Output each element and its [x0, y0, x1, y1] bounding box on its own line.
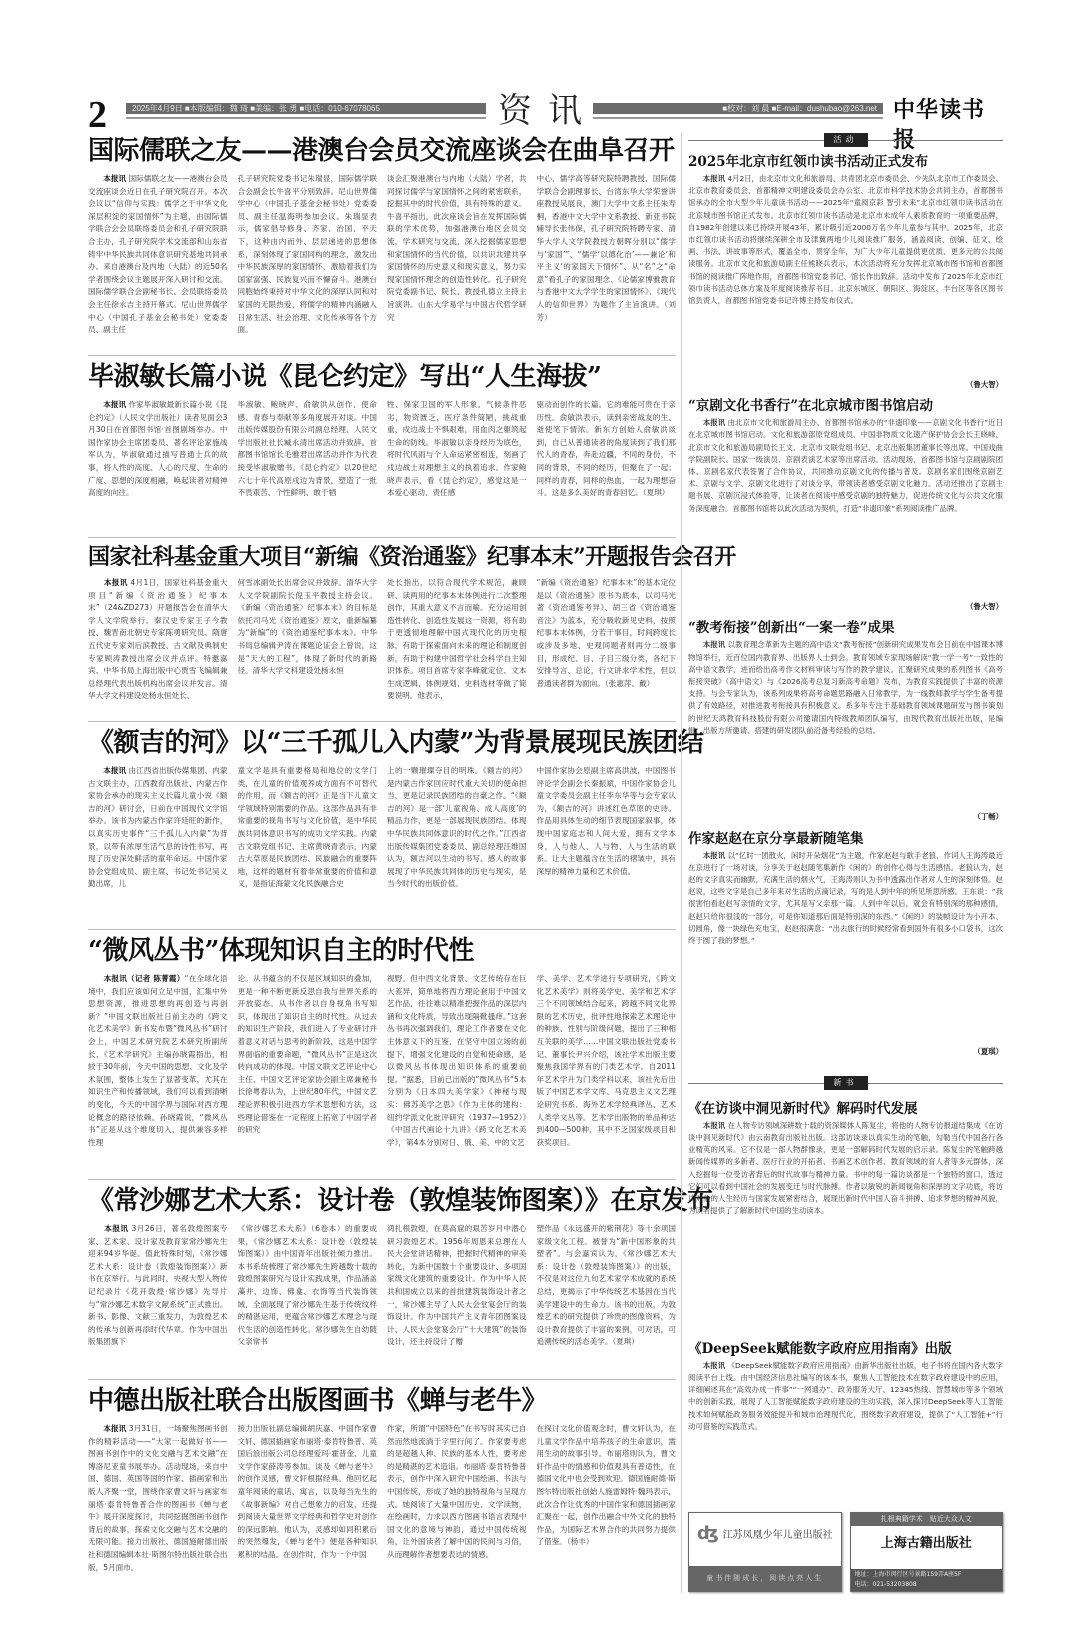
article-column: 视野。但中西文化背景、文艺传统存在巨大差异，简单地将西方理论套用于中国文艺作品，… — [387, 973, 527, 1175]
ad-phone: 电话：021-53203808 — [855, 1580, 999, 1590]
publisher-name: 上海古籍出版社 — [851, 1526, 1003, 1556]
sidebar-article: 作家赵赵在京分享最新随笔集 本报讯 以“忆时一团散火，闲时开朵烟花”为主题，作家… — [688, 830, 1003, 1058]
headline: 《额吉的河》以“三千孤儿入内蒙”为背景展现民族团结 — [88, 725, 676, 761]
byline: （夏琪） — [688, 1046, 1003, 1058]
section-title-char-2: 讯 — [548, 91, 582, 131]
dateline: 本报讯 — [104, 1224, 128, 1233]
sidebar-article: 2025年北京市红领巾读书活动正式发布 本报讯 4月2日，由北京市文化和旅游局、… — [688, 153, 1003, 391]
article-body: 本报讯 以“忆时一团散火，闲时开朵烟花”为主题，作家赵赵与歌手老狼、作词人王海涛… — [688, 850, 1003, 1046]
article-zizhi-tongjian: 国家社科基金重大项目“新编《资治通鉴》纪事本末”开题报告会召开 本报讯 4月1日… — [88, 541, 676, 719]
article-column: 童文学是具有重要格局和地位的文学门类，在儿童的价值观养成方面有不可替代的作用，而… — [238, 765, 378, 925]
dateline: 本报讯 — [103, 400, 126, 409]
sidebar-article: 《在访谈中洞见新时代》解码时代发展 本报讯 在人物专访领域深耕数十载的资深媒体人… — [688, 1100, 1003, 1328]
proofread-email-bar: ■校对：刘 晨 ■E-mail：dushubao@263.net — [593, 103, 883, 114]
article-column: “新编《资治通鉴》纪事本末”的基本定位是以《资治通鉴》原书为底本，以司马光著《资… — [537, 577, 677, 719]
column-divider — [681, 133, 682, 1593]
article-body: 本报讯 以教育理念革新为主题的高中语文“教考衔接”创新研究成果发布会日前在中国课… — [688, 639, 1003, 811]
publisher-mark-icon: ʤ — [697, 1523, 719, 1544]
sidebar-article: “教考衔接”创新出“一案一卷”成果 本报讯 以教育理念革新为主题的高中语文“教考… — [688, 619, 1003, 823]
sidebar: 活动 2025年北京市红领巾读书活动正式发布 本报讯 4月2日，由北京市文化和旅… — [688, 133, 1003, 1625]
article-column: 处长指出，以符合现代学术规范，兼顾研、读两用的纪事本末体例进行二次整理创作，其重… — [387, 577, 527, 719]
headline: 《常沙娜艺术大系：设计卷（敦煌装饰图案）》在京发布 — [88, 1183, 676, 1219]
headline: 《在访谈中洞见新时代》解码时代发展 — [688, 1100, 1003, 1118]
headline: 《DeepSeek赋能数字政府应用指南》出版 — [688, 1340, 1003, 1358]
article-column: 作家，所谓“中国特色”在书写时其实已自然而然地流淌于字里行间了。作家要考虑的是超… — [387, 1423, 527, 1623]
article-column: 接力出版社副总编辑胡庆嘉、中国作家曹文轩、德国插画家布丽塔·泰肯特鲁普、英国后浪… — [238, 1423, 378, 1623]
article-body: 本报讯 由北京市文化和旅游局主办、首都图书馆承办的“非遗印象——京剧文化书香行”… — [688, 417, 1003, 601]
article-column: 本报讯 由江西省出版传媒集团、内蒙古文联主办，江西教育出版社、内蒙古作家协会承办… — [88, 765, 228, 925]
headline: 国际儒联之友——港澳台会员交流座谈会在曲阜召开 — [88, 133, 676, 169]
article-column: 本报讯 3月31日，一场聚焦图画书创作的精彩活动——“大家一起做好书——图画书创… — [88, 1423, 228, 1623]
publisher-logo: ʤ 江苏凤凰少年儿童出版社 — [689, 1513, 841, 1553]
section-tag-events: 活动 — [688, 133, 1003, 147]
article-column: 谈会汇聚港澳台与内地（大陆）学者，共同探讨儒学与家国情怀之间的紧密联系，挖掘其中… — [387, 173, 527, 357]
divider — [88, 721, 676, 722]
masthead: 2 2025年4月9日 ■本版编辑：魏 琦 ■美编：张 勇 ■电话：010-67… — [88, 95, 1003, 135]
byline: （鲁大智） — [688, 601, 1003, 613]
section-tag-new-books: 新书 — [688, 1076, 1003, 1090]
article-column: 《常沙娜艺术大系》（6卷本）的重要成果，《常沙娜艺术大系：设计卷（敦煌装饰图案）… — [238, 1223, 378, 1375]
article-column: 本报讯 3月26日，著名敦煌图案专家、艺术家、设计家及教育家常沙娜先生迎来94岁… — [88, 1223, 228, 1375]
divider — [88, 929, 676, 930]
divider — [88, 537, 676, 538]
byline: （丁畅） — [688, 811, 1003, 823]
headline: “京剧文化书香行”在北京城市图书馆启动 — [688, 397, 1003, 415]
newspaper-page: 2 2025年4月9日 ■本版编辑：魏 琦 ■美编：张 勇 ■电话：010-67… — [88, 95, 1003, 1625]
headline: 2025年北京市红领巾读书活动正式发布 — [688, 153, 1003, 171]
ad-shanghai-classics[interactable]: 扎根典籍学术 贴近大众人文 上海古籍出版社 地址：上海市闵行区号景路159弄A座… — [850, 1512, 1004, 1592]
article-body: 本报讯 4月2日，由北京市文化和旅游局、共青团北京市委员会、少先队北京市工作委员… — [688, 173, 1003, 379]
publisher-name: 江苏凤凰少年儿童出版社 — [723, 1526, 833, 1541]
divider — [88, 355, 676, 356]
divider — [593, 117, 883, 119]
edition-info-bar: 2025年4月9日 ■本版编辑：魏 琦 ■美编：张 勇 ■电话：010-6707… — [126, 103, 486, 114]
article-eji-river: 《额吉的河》以“三千孤儿入内蒙”为背景展现民族团结 本报讯 由江西省出版传媒集团… — [88, 725, 676, 925]
article-weifeng-series: “微风丛书”体现知识自主的时代性 本报讯（记者 陈菁霞）“在全球化语境中，我们应… — [88, 933, 676, 1175]
article-column: 毕淑敏、鲍晓声、俞敏洪从创作、使命感、青春与奉献等多角度展开对谈。中国出版传媒股… — [238, 399, 378, 539]
article-column: 本报讯 作家毕淑敏最新长篇小说《昆仑约定》（人民文学出版社）读者见面会3月30日… — [88, 399, 228, 539]
article-column: 在探讨文化价值观念时，曹文轩认为，在儿童文学作品中培养孩子的生命意识，需用生动的… — [537, 1423, 677, 1623]
article-column: 上的一颗璀璨夺目的明珠。《额吉的河》是内蒙古作家回应时代重大关切的使命担当，更是… — [387, 765, 527, 925]
article-column: 中心、儒学高等研究院特聘教授、国际儒学联合会副理事长、台湾东华大学荣誉讲座教授吴… — [537, 173, 677, 357]
section-tag-label: 活动 — [824, 133, 868, 147]
dateline: 本报讯 — [703, 1361, 725, 1370]
article-column: 本报讯 国际儒联之友——港澳台会员交流座谈会近日在孔子研究院召开。本次会议以“信… — [88, 173, 228, 357]
section-title-char-1: 资 — [498, 91, 532, 131]
article-column: 论。从书蕴含的不仅是区域知识的叠加，更是一种不断更新反思自我与世界关系的开放姿态… — [238, 973, 378, 1175]
article-confucian-forum: 国际儒联之友——港澳台会员交流座谈会在曲阜召开 本报讯 国际儒联之友——港澳台会… — [88, 133, 676, 357]
ad-slogan: 童书伴随成长，阅读点亮人生 — [689, 1566, 841, 1591]
page-number: 2 — [88, 97, 107, 133]
ad-jiangsu-phoenix-children[interactable]: ʤ 江苏凤凰少年儿童出版社 童书伴随成长，阅读点亮人生 — [688, 1512, 842, 1592]
advertisements: ʤ 江苏凤凰少年儿童出版社 童书伴随成长，阅读点亮人生 扎根典籍学术 贴近大众人… — [688, 1512, 1003, 1592]
dateline: 本报讯（记者 陈菁霞） — [104, 974, 185, 983]
article-column: 牲、保家卫国的军人形象。气候条件恶劣，物资匮乏，医疗条件简陋，挑战重重，戍边战士… — [387, 399, 527, 539]
dateline: 本报讯 — [103, 766, 126, 775]
dateline: 本报讯 — [703, 418, 725, 427]
ad-contact: 地址：上海市闵行区号景路159弄A座5F 电话：021-53203808 — [851, 1569, 1003, 1591]
sidebar-article: “京剧文化书香行”在北京城市图书馆启动 本报讯 由北京市文化和旅游局主办、首都图… — [688, 397, 1003, 613]
headline: 中德出版社联合出版图画书《蝉与老牛》 — [88, 1383, 676, 1419]
article-column: 中国作家协会原副主席高洪波，中国图书评论学会副会长秦振斌，中国作家协会儿童文学委… — [537, 765, 677, 925]
dateline: 本报讯 — [104, 578, 128, 587]
dateline: 本报讯 — [703, 640, 725, 649]
article-column: 本报讯（记者 陈菁霞）“在全球化语境中，我们应该如何立足中国，汇集中外思想资源，… — [88, 973, 228, 1175]
article-kunlun-novel: 毕淑敏长篇小说《昆仑约定》写出“人生海拔” 本报讯 作家毕淑敏最新长篇小说《昆仑… — [88, 359, 676, 539]
article-column: 孔子研究院党委书记朱瑞显，国际儒学联合会副会长牛喜平分别致辞。尼山世界儒学中心（… — [238, 173, 378, 357]
article-body: 本报讯 《DeepSeek赋能数字政府应用指南》由新华出版社出版，电子书将在国内… — [688, 1360, 1003, 1446]
article-column: 鸿扎根敦煌，在莫高窟的艰苦岁月中潜心研习敦煌艺术。1956年周恩来总理在人民大会… — [387, 1223, 527, 1375]
headline: 作家赵赵在京分享最新随笔集 — [688, 830, 1003, 848]
ad-address: 地址：上海市闵行区号景路159弄A座5F — [855, 1570, 999, 1580]
dateline: 本报讯 — [103, 1424, 126, 1433]
headline: 国家社科基金重大项目“新编《资治通鉴》纪事本末”开题报告会召开 — [88, 541, 676, 573]
article-column: 何雪冰副处长出席会议并致辞。清华大学人文学院副院长倪玉平教授主持会议。《新编〈资… — [238, 577, 378, 719]
divider — [126, 117, 486, 119]
ad-header: 扎根典籍学术 贴近大众人文 — [851, 1513, 1003, 1526]
article-cicada-and-ox: 中德出版社联合出版图画书《蝉与老牛》 本报讯 3月31日，一场聚焦图画书创作的精… — [88, 1383, 676, 1623]
article-changshana: 《常沙娜艺术大系：设计卷（敦煌装饰图案）》在京发布 本报讯 3月26日，著名敦煌… — [88, 1183, 676, 1375]
article-column: 塑作品《永远盛开的紫荆花》等十余项国家级文化工程。被誉为“新中国形象的共塑者”。… — [537, 1223, 677, 1375]
dateline: 本报讯 — [703, 174, 725, 183]
dateline: 本报讯 — [703, 851, 725, 860]
divider — [88, 1379, 676, 1380]
byline: （鲁大智） — [688, 379, 1003, 391]
headline: “教考衔接”创新出“一案一卷”成果 — [688, 619, 1003, 637]
article-column: 本报讯 4月1日，国家社科基金重大项目“新编《资治通鉴》纪事本末”（24&ZD2… — [88, 577, 228, 719]
headline: 毕淑敏长篇小说《昆仑约定》写出“人生海拔” — [88, 359, 676, 395]
dateline: 本报讯 — [703, 1121, 725, 1130]
article-body: 本报讯 在人物专访领域深耕数十载的资深媒体人陈复尘，将他的人物专访报道结集成《在… — [688, 1120, 1003, 1328]
section-tag-label: 新书 — [824, 1076, 868, 1090]
headline: “微风丛书”体现知识自主的时代性 — [88, 933, 676, 969]
sidebar-article: 《DeepSeek赋能数字政府应用指南》出版 本报讯 《DeepSeek赋能数字… — [688, 1340, 1003, 1446]
article-column: 学、美学、艺术学进行专项研究，《跨文化艺术美学》则将美学史、美学和艺术学三个不同… — [537, 973, 677, 1175]
main-column: 国际儒联之友——港澳台会员交流座谈会在曲阜召开 本报讯 国际儒联之友——港澳台会… — [88, 133, 676, 1625]
divider — [88, 1179, 676, 1180]
dateline: 本报讯 — [103, 174, 126, 183]
article-column: 驱动而创作的长篇。它的难能可贵在于亲历性。俞敏洪表示，读到亲密战友的生、逝使笔下… — [537, 399, 677, 539]
